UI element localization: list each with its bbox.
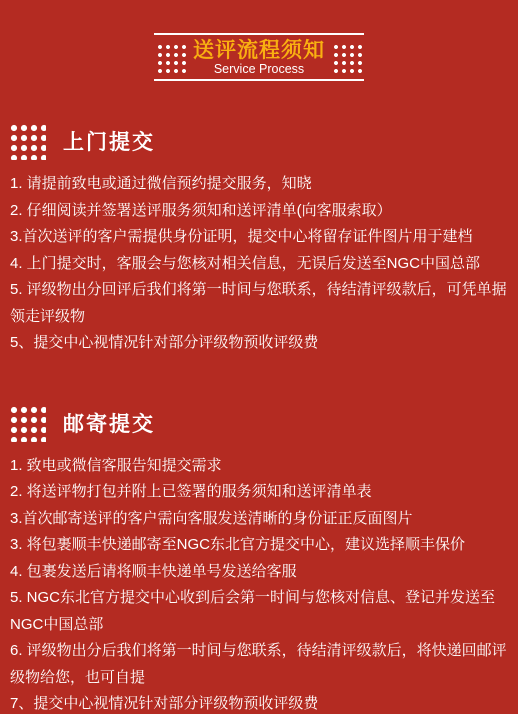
section-header: 邮寄提交 xyxy=(8,404,510,442)
dot-grid-icon xyxy=(8,122,46,160)
list-item: 5. NGC东北官方提交中心收到后会第一时间与您核对信息、登记并发送至NGC中国… xyxy=(10,585,508,638)
section-mail-submission: 邮寄提交 1. 致电或微信客服告知提交需求2. 将送评物打包并附上已签署的服务须… xyxy=(0,404,518,714)
section-header: 上门提交 xyxy=(8,122,510,160)
dot-grid-icon xyxy=(8,404,46,442)
section-item-list: 1. 致电或微信客服告知提交需求2. 将送评物打包并附上已签署的服务须知和送评清… xyxy=(8,453,510,714)
list-item: 6. 评级物出分后我们将第一时间与您联系，待结清评级款后，将快递回邮评级物给您，… xyxy=(10,638,508,691)
section-title: 上门提交 xyxy=(63,126,155,156)
list-item: 5. 评级物出分回评后我们将第一时间与您联系，待结清评级款后，可凭单据领走评级物 xyxy=(10,277,508,330)
list-item: 3. 将包裹顺丰快递邮寄至NGC东北官方提交中心，建议选择顺丰保价 xyxy=(10,532,508,559)
list-item: 5、提交中心视情况针对部分评级物预收评级费 xyxy=(10,330,508,357)
list-item: 7、提交中心视情况针对部分评级物预收评级费 xyxy=(10,691,508,714)
section-title: 邮寄提交 xyxy=(63,408,155,438)
list-item: 4. 上门提交时，客服会与您核对相关信息，无误后发送至NGC中国总部 xyxy=(10,251,508,278)
list-item: 2. 仔细阅读并签署送评服务须知和送评清单(向客服索取） xyxy=(10,198,508,225)
dot-grid-icon xyxy=(332,43,362,73)
page-title: 送评流程须知 xyxy=(186,39,332,62)
list-item: 3.首次送评的客户需提供身份证明，提交中心将留存证件图片用于建档 xyxy=(10,224,508,251)
dot-grid-icon xyxy=(156,43,186,73)
notice-poster: 送评流程须知 Service Process 上门提交 1. 请提前致电或通过微… xyxy=(0,0,518,714)
list-item: 4. 包裹发送后请将顺丰快递单号发送给客服 xyxy=(10,559,508,586)
page-subtitle: Service Process xyxy=(186,62,332,76)
list-item: 2. 将送评物打包并附上已签署的服务须知和送评清单表 xyxy=(10,479,508,506)
list-item: 1. 致电或微信客服告知提交需求 xyxy=(10,453,508,480)
list-item: 1. 请提前致电或通过微信预约提交服务，知晓 xyxy=(10,171,508,198)
page-header: 送评流程须知 Service Process xyxy=(154,33,364,81)
section-walk-in-submission: 上门提交 1. 请提前致电或通过微信预约提交服务，知晓2. 仔细阅读并签署送评服… xyxy=(0,122,518,357)
list-item: 3.首次邮寄送评的客户需向客服发送清晰的身份证正反面图片 xyxy=(10,506,508,533)
section-item-list: 1. 请提前致电或通过微信预约提交服务，知晓2. 仔细阅读并签署送评服务须知和送… xyxy=(8,171,510,357)
page-header-text: 送评流程须知 Service Process xyxy=(186,39,332,76)
